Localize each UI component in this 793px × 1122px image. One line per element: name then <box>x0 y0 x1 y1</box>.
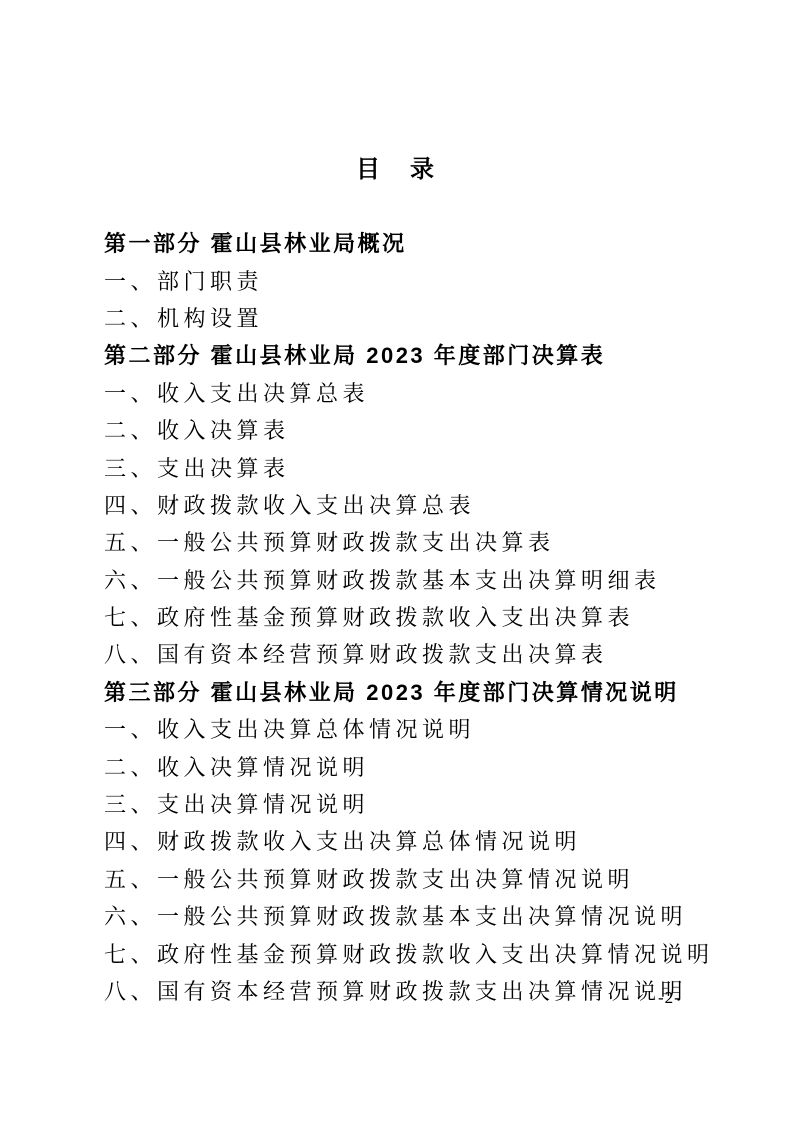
toc-item: 七、政府性基金预算财政拨款收入支出决算情况说明 <box>104 934 744 971</box>
toc-item: 一、收入支出决算总表 <box>104 374 744 411</box>
toc-item: 五、一般公共预算财政拨款支出决算情况说明 <box>104 860 744 897</box>
toc-item: 三、支出决算表 <box>104 448 744 485</box>
toc-item: 二、收入决算表 <box>104 411 744 448</box>
toc-section-3-heading: 第三部分 霍山县林业局 2023 年度部门决算情况说明 <box>104 673 744 710</box>
table-of-contents: 第一部分 霍山县林业局概况 一、部门职责 二、机构设置 第二部分 霍山县林业局 … <box>104 224 744 1009</box>
toc-item: 四、财政拨款收入支出决算总体情况说明 <box>104 822 744 859</box>
page-number: -2- <box>658 988 681 1008</box>
toc-item: 八、国有资本经营预算财政拨款支出决算情况说明 <box>104 972 744 1009</box>
toc-item: 一、收入支出决算总体情况说明 <box>104 710 744 747</box>
toc-section-1-heading: 第一部分 霍山县林业局概况 <box>104 224 744 261</box>
toc-item: 四、财政拨款收入支出决算总表 <box>104 486 744 523</box>
toc-item: 五、一般公共预算财政拨款支出决算表 <box>104 523 744 560</box>
toc-item: 六、一般公共预算财政拨款基本支出决算情况说明 <box>104 897 744 934</box>
toc-item: 八、国有资本经营预算财政拨款支出决算表 <box>104 635 744 672</box>
toc-item: 七、政府性基金预算财政拨款收入支出决算表 <box>104 598 744 635</box>
toc-item: 二、收入决算情况说明 <box>104 747 744 784</box>
page-title: 目 录 <box>0 149 793 184</box>
toc-item: 三、支出决算情况说明 <box>104 785 744 822</box>
toc-item: 二、机构设置 <box>104 299 744 336</box>
document-page: 目 录 第一部分 霍山县林业局概况 一、部门职责 二、机构设置 第二部分 霍山县… <box>0 0 793 1122</box>
toc-item: 一、部门职责 <box>104 261 744 298</box>
toc-item: 六、一般公共预算财政拨款基本支出决算明细表 <box>104 561 744 598</box>
toc-section-2-heading: 第二部分 霍山县林业局 2023 年度部门决算表 <box>104 336 744 373</box>
